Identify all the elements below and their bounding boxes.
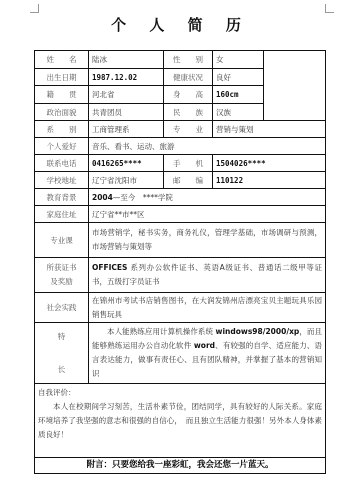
education-year: 2004 [92, 193, 113, 202]
hobby-value: 音乐、看书、运动、旅游 [89, 138, 326, 155]
document-title: 个 人 简 历 [0, 14, 361, 35]
major-label: 专 业 [164, 121, 213, 138]
certificates-label: 所获证书及奖励 [35, 258, 89, 293]
zip-value: 110122 [213, 172, 326, 189]
page-corner-mark-right [325, 4, 334, 13]
photo-cell [264, 51, 326, 121]
mobile-value: 1504026**** [213, 155, 326, 172]
education-rest: —至今 ****学院 [113, 193, 173, 202]
health-value: 良好 [213, 69, 264, 86]
gender-value: 女 [213, 51, 264, 69]
row-name: 姓 名 陆冰 性 别 女 [35, 51, 326, 69]
certificates-value: OFFICES 系列办公软件证书、英语A级证书、普通话二级甲等证书，五级打字员证… [89, 258, 326, 293]
self-evaluation-label: 自我评价： [38, 386, 322, 400]
ethnic-label: 民 族 [164, 104, 213, 121]
row-dept: 系 别 工商管理系 专 业 营销与策划 [35, 121, 326, 138]
practice-value: 在锦州市考试书店销售图书，在大润发锦州店漂亮宝贝主题玩具乐园销售玩具 [89, 293, 326, 323]
row-hobby: 个人爱好 音乐、看书、运动、旅游 [35, 138, 326, 155]
ethnic-value: 汉族 [213, 104, 264, 121]
self-evaluation-text: 本人在校期间学习刻苦，生活朴素节俭，团结同学，具有较好的人际关系。家庭环境培养了… [38, 400, 322, 442]
birth-value: 1987.12.02 [89, 69, 164, 86]
politics-value: 共青团员 [89, 104, 164, 121]
dept-value: 工商管理系 [89, 121, 164, 138]
origin-value: 河北省 [89, 86, 164, 104]
skills-label-line2: 长 [58, 365, 66, 374]
dept-label: 系 别 [35, 121, 89, 138]
mobile-label: 手 机 [164, 155, 213, 172]
skills-value: 本人能熟练应用计算机操作系统 windows98/2000/xp，而且能够熟练运… [89, 323, 326, 384]
certificates-text: 系列办公软件证书、英语A级证书、普通话二级甲等证书，五级打字员证书 [92, 263, 322, 286]
certificates-label-line2: 及奖励 [50, 277, 73, 286]
height-label: 身 高 [164, 86, 213, 104]
row-footer: 附言：只要您给我一座彩虹，我会还您一片蓝天。 [35, 458, 326, 474]
closing-remark: 附言：只要您给我一座彩虹，我会还您一片蓝天。 [35, 458, 326, 474]
home-address-value: 辽宁省**市**区 [89, 206, 326, 223]
row-practice: 社会实践 在锦州市考试书店销售图书，在大润发锦州店漂亮宝贝主题玩具乐园销售玩具 [35, 293, 326, 323]
education-label: 教育背景 [35, 189, 89, 206]
row-education: 教育背景 2004—至今 ****学院 [35, 189, 326, 206]
self-evaluation-cell: 自我评价： 本人在校期间学习刻苦，生活朴素节俭，团结同学，具有较好的人际关系。家… [35, 384, 326, 458]
row-courses: 专业课 市场营销学，秘书实务，商务礼仪，管理学基础，市场调研与预测，市场营销与策… [35, 223, 326, 258]
row-phone: 联系电话 0416265**** 手 机 1504026**** [35, 155, 326, 172]
skills-label: 特长 [35, 323, 89, 384]
resume-table: 姓 名 陆冰 性 别 女 出生日期 1987.12.02 健康状况 良好 籍 贯… [34, 50, 326, 474]
row-skills: 特长 本人能熟练应用计算机操作系统 windows98/2000/xp，而且能够… [35, 323, 326, 384]
politics-label: 政治面貌 [35, 104, 89, 121]
health-label: 健康状况 [164, 69, 213, 86]
skills-label-line1: 特 [58, 332, 66, 341]
zip-label: 邮 编 [164, 172, 213, 189]
school-address-value: 辽宁省沈阳市 [89, 172, 164, 189]
height-value: 160cm [213, 86, 264, 104]
major-value: 营销与策划 [213, 121, 326, 138]
skills-os: windows98/2000/xp [216, 327, 300, 336]
row-self-evaluation: 自我评价： 本人在校期间学习刻苦，生活朴素节俭，团结同学，具有较好的人际关系。家… [35, 384, 326, 458]
row-school-address: 学校地址 辽宁省沈阳市 邮 编 110122 [35, 172, 326, 189]
row-home-address: 家庭住址 辽宁省**市**区 [35, 206, 326, 223]
name-label: 姓 名 [35, 51, 89, 69]
certificates-bold-prefix: OFFICES [92, 263, 127, 272]
practice-label: 社会实践 [35, 293, 89, 323]
education-value: 2004—至今 ****学院 [89, 189, 326, 206]
birth-label: 出生日期 [35, 69, 89, 86]
page-corner-mark-left [30, 4, 39, 13]
row-certificates: 所获证书及奖励 OFFICES 系列办公软件证书、英语A级证书、普通话二级甲等证… [35, 258, 326, 293]
skills-software: word [194, 341, 215, 350]
origin-label: 籍 贯 [35, 86, 89, 104]
skills-text-1: 本人能熟练应用计算机操作系统 [107, 327, 216, 336]
school-address-label: 学校地址 [35, 172, 89, 189]
phone-value: 0416265**** [89, 155, 164, 172]
hobby-label: 个人爱好 [35, 138, 89, 155]
name-value: 陆冰 [89, 51, 164, 69]
certificates-label-line1: 所获证书 [47, 263, 77, 272]
gender-label: 性 别 [164, 51, 213, 69]
courses-value: 市场营销学，秘书实务，商务礼仪，管理学基础，市场调研与预测，市场营销与策划等 [89, 223, 326, 258]
courses-label: 专业课 [35, 223, 89, 258]
home-address-label: 家庭住址 [35, 206, 89, 223]
phone-label: 联系电话 [35, 155, 89, 172]
